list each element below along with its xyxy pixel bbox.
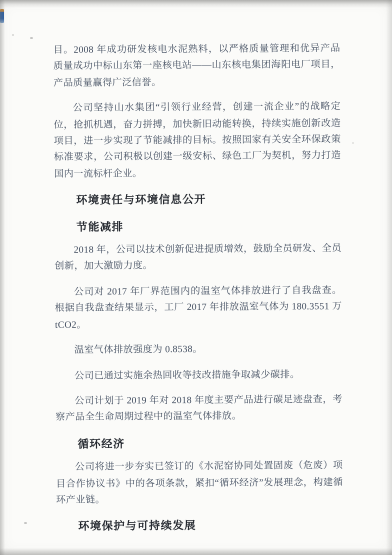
paragraph-strategy: 公司坚持山水集团“引领行业经营，创建一流企业”的战略定位，抢抓机遇，奋力拼搏，加… xyxy=(54,99,341,183)
scan-speck xyxy=(12,34,14,36)
scanned-page: 目。2008 年成功研发核电水泥熟料，以严格质量管理和优异产品质量成功中标山东第… xyxy=(0,0,392,555)
scan-speck xyxy=(30,37,33,39)
document-body: 目。2008 年成功研发核电水泥熟料，以严格质量管理和优异产品质量成功中标山东第… xyxy=(0,0,392,543)
paragraph-2017-ghg-inventory: 公司对 2017 年厂界范围内的温室气体排放进行了自我盘查。根据自我盘查结果显示… xyxy=(55,283,342,334)
section-heading-environment-disclosure: 环境责任与环境信息公开 xyxy=(54,191,341,209)
section-heading-energy-saving: 节能减排 xyxy=(54,218,341,236)
paragraph-ghg-intensity: 温室气体排放强度为 0.8538。 xyxy=(55,341,342,359)
paragraph-waste-heat-recovery: 公司已通过实施余热回收等技改措施争取减少碳排。 xyxy=(55,367,342,385)
section-heading-circular-economy: 循环经济 xyxy=(56,435,343,453)
paragraph-continued-nuclear-cement: 目。2008 年成功研发核电水泥熟料，以严格质量管理和优异产品质量成功中标山东第… xyxy=(53,41,340,92)
paragraph-circular-economy-agreement: 公司将进一步夯实已签订的《水泥窑协同处置固废（危废）项目合作协议书》中的各项条款… xyxy=(56,458,343,509)
section-heading-environment-sustainable: 环境保护与可持续发展 xyxy=(56,517,343,535)
paragraph-carbon-footprint-plan: 公司计划于 2019 年对 2018 年度主要产品进行碳足迹盘查，考察产品全生命… xyxy=(55,392,342,427)
pen-mark xyxy=(0,9,4,23)
scan-speck xyxy=(24,522,27,524)
paragraph-2018-innovation: 2018 年，公司以技术创新促进提质增效，鼓励全员研发、全员创新，加大激励力度。 xyxy=(54,241,341,276)
scan-edge-bottom xyxy=(0,548,392,555)
scan-speck xyxy=(352,142,354,144)
